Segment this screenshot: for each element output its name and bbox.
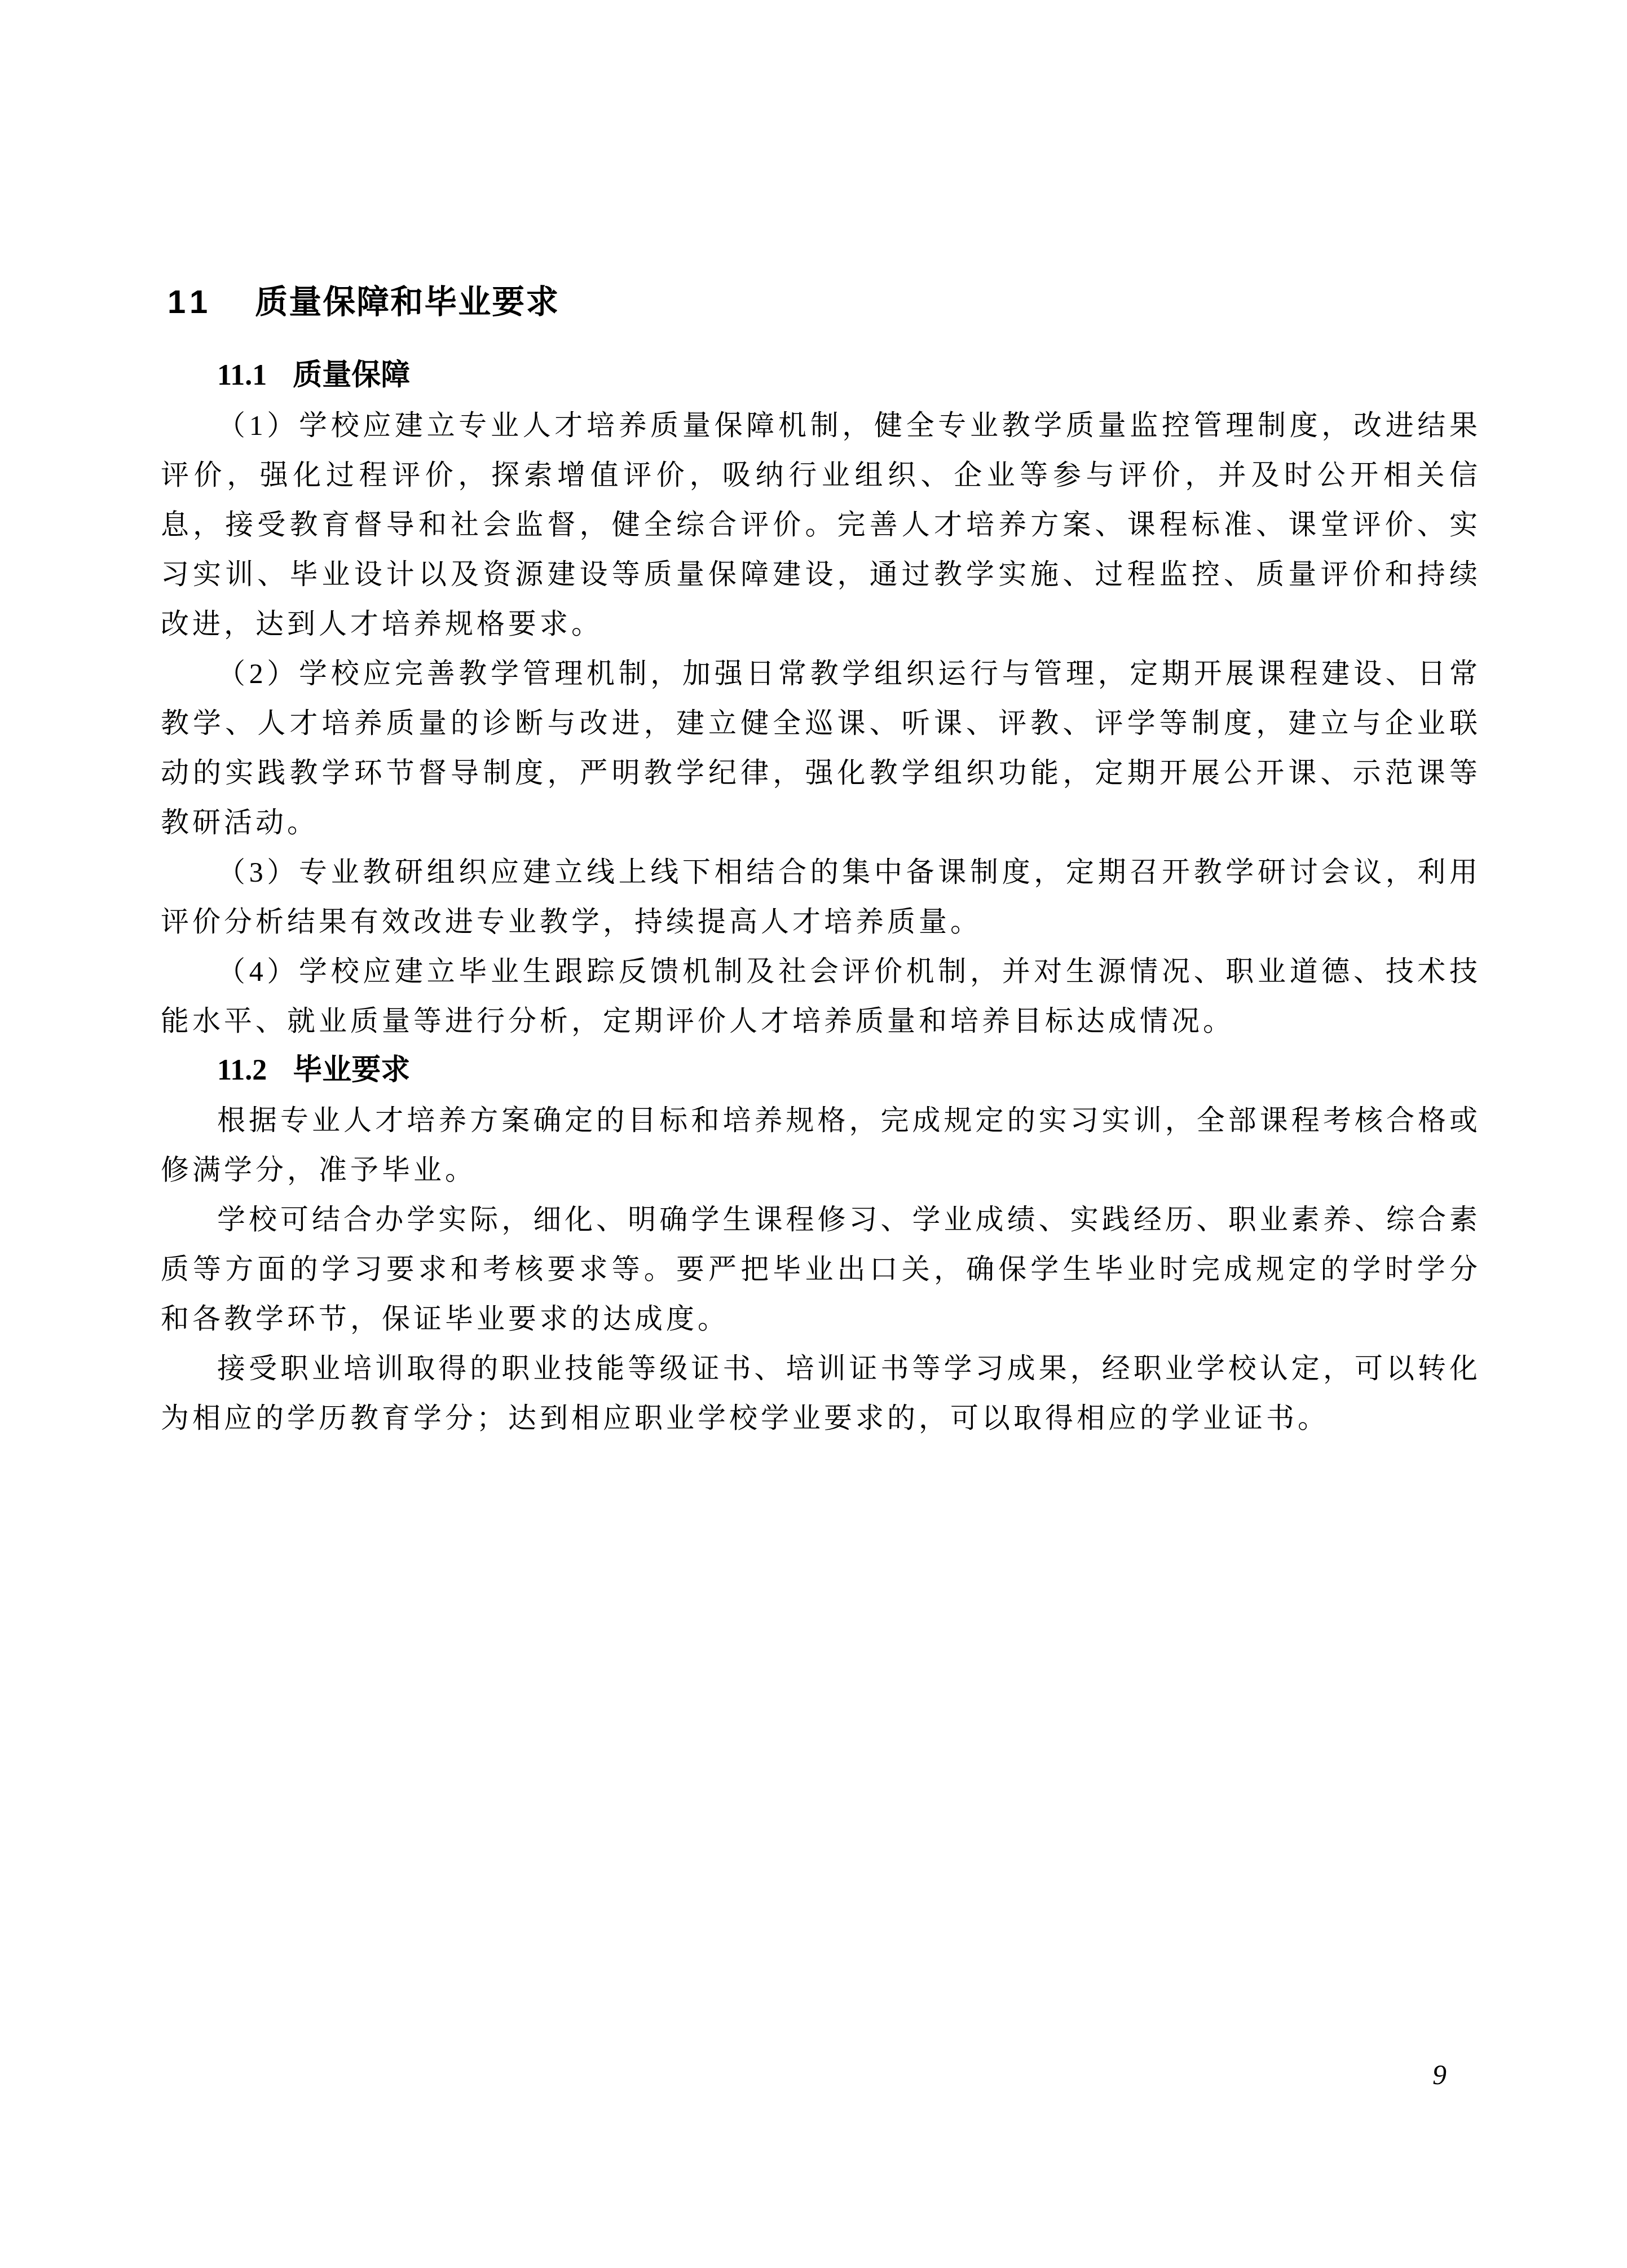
paragraph-quality-4: （4）学校应建立毕业生跟踪反馈机制及社会评价机制，并对生源情况、职业道德、技术技… <box>161 946 1481 1046</box>
paragraph-quality-3: （3）专业教研组织应建立线上线下相结合的集中备课制度，定期召开教学研讨会议，利用… <box>161 847 1481 946</box>
subsection-title: 毕业要求 <box>293 1054 410 1086</box>
page-number: 9 <box>1432 2058 1447 2091</box>
subsection-heading-graduation-requirements: 11.2毕业要求 <box>161 1046 1481 1095</box>
section-title: 质量保障和毕业要求 <box>255 284 559 320</box>
paragraph-quality-2: （2）学校应完善教学管理机制，加强日常教学组织运行与管理，定期开展课程建设、日常… <box>161 649 1481 847</box>
subsection-heading-quality-assurance: 11.1质量保障 <box>161 351 1481 400</box>
subsection-number: 11.1 <box>217 359 267 391</box>
paragraph-graduation-1: 根据专业人才培养方案确定的目标和培养规格，完成规定的实习实训，全部课程考核合格或… <box>161 1095 1481 1195</box>
subsection-number: 11.2 <box>217 1054 267 1086</box>
paragraph-graduation-2: 学校可结合办学实际，细化、明确学生课程修习、学业成绩、实践经历、职业素养、综合素… <box>161 1195 1481 1344</box>
paragraph-graduation-3: 接受职业培训取得的职业技能等级证书、培训证书等学习成果，经职业学校认定，可以转化… <box>161 1344 1481 1443</box>
section-heading: 11质量保障和毕业要求 <box>161 272 1481 333</box>
document-content: 11质量保障和毕业要求 11.1质量保障 （1）学校应建立专业人才培养质量保障机… <box>161 272 1481 1443</box>
document-page: { "doc": { "page_number": "9", "colors":… <box>0 0 1627 2268</box>
section-number: 11 <box>167 284 213 320</box>
subsection-title: 质量保障 <box>293 359 410 391</box>
paragraph-quality-1: （1）学校应建立专业人才培养质量保障机制，健全专业教学质量监控管理制度，改进结果… <box>161 400 1481 649</box>
